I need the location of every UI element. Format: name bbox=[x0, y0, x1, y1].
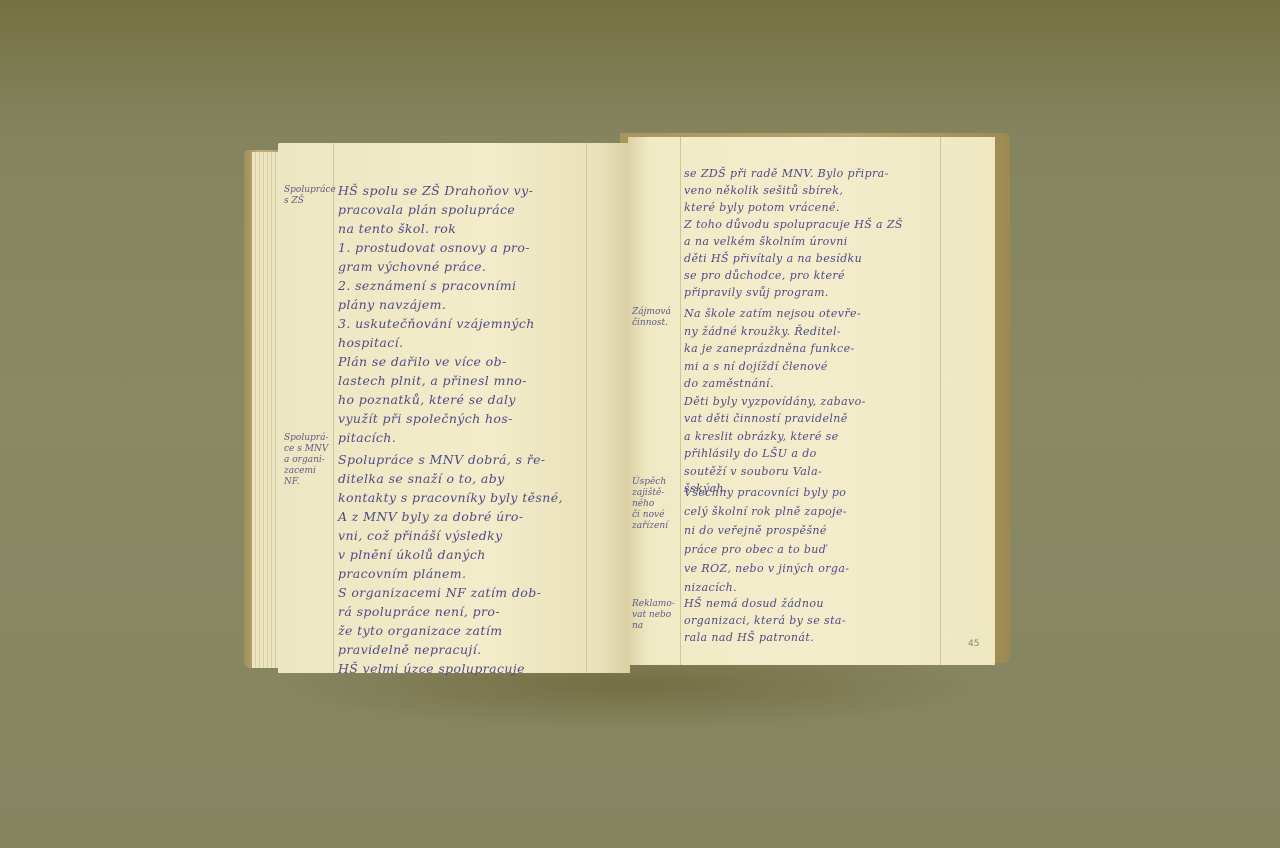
right-page: se ZDŠ při radě MNV. Bylo připra- veno n… bbox=[628, 137, 995, 665]
entry-activities: Na škole zatím nejsou otevře- ny žádné k… bbox=[684, 305, 944, 498]
entry-mnv-cooperation: Spolupráce s MNV dobrá, s ře- ditelka se… bbox=[338, 450, 588, 678]
margin-note-activities: Zájmová činnost. bbox=[632, 307, 680, 329]
left-page: Spolupráce s ZŠ HŠ spolu se ZŠ Drahoňov … bbox=[278, 143, 630, 673]
page-number: 45 bbox=[968, 639, 979, 649]
margin-rule bbox=[333, 143, 334, 673]
margin-rule bbox=[680, 137, 681, 665]
entry-continued: se ZDŠ při radě MNV. Bylo připra- veno n… bbox=[684, 165, 944, 301]
entry-zs-cooperation: HŠ spolu se ZŠ Drahoňov vy- pracovala pl… bbox=[338, 181, 588, 447]
entry-patronage: HŠ nemá dosud žádnou organizaci, která b… bbox=[684, 595, 944, 646]
margin-note-public-work: Úspěch zajiště- ného či nové zařízení bbox=[632, 477, 680, 532]
entry-public-work: Všechny pracovníci byly po celý školní r… bbox=[684, 483, 944, 597]
margin-note-patronage: Reklamo- vat nebo na bbox=[632, 599, 680, 632]
open-notebook: Spolupráce s ZŠ HŠ spolu se ZŠ Drahoňov … bbox=[0, 0, 1280, 848]
margin-note-mnv-cooperation: Spoluprá- ce s MNV a organi- zacemi NF. bbox=[284, 433, 334, 488]
margin-note-zs-cooperation: Spolupráce s ZŠ bbox=[284, 185, 332, 207]
